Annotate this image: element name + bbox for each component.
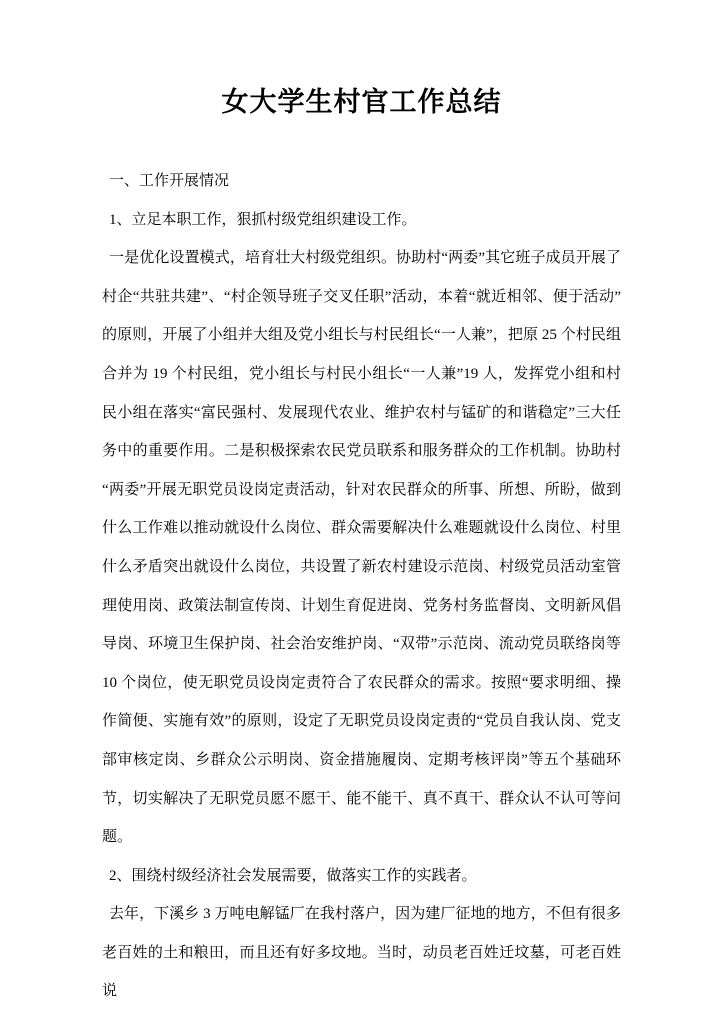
section-heading-work-progress: 一、工作开展情况	[102, 162, 621, 201]
subsection-heading-party-building: 1、立足本职工作，狠抓村级党组织建设工作。	[102, 201, 621, 240]
paragraph-manganese-plant: 去年，下溪乡 3 万吨电解锰厂在我村落户，因为建厂征地的地方，不但有很多老百姓的…	[102, 895, 621, 1011]
subsection-heading-economic-development: 2、围绕村级经济社会发展需要，做落实工作的实践者。	[102, 857, 621, 896]
document-title: 女大学生村官工作总结	[102, 84, 621, 120]
document-page: 女大学生村官工作总结 一、工作开展情况 1、立足本职工作，狠抓村级党组织建设工作…	[0, 0, 721, 1020]
paragraph-party-organization-detail: 一是优化设置模式，培育壮大村级党组织。协助村“两委”其它班子成员开展了村企“共驻…	[102, 239, 621, 857]
